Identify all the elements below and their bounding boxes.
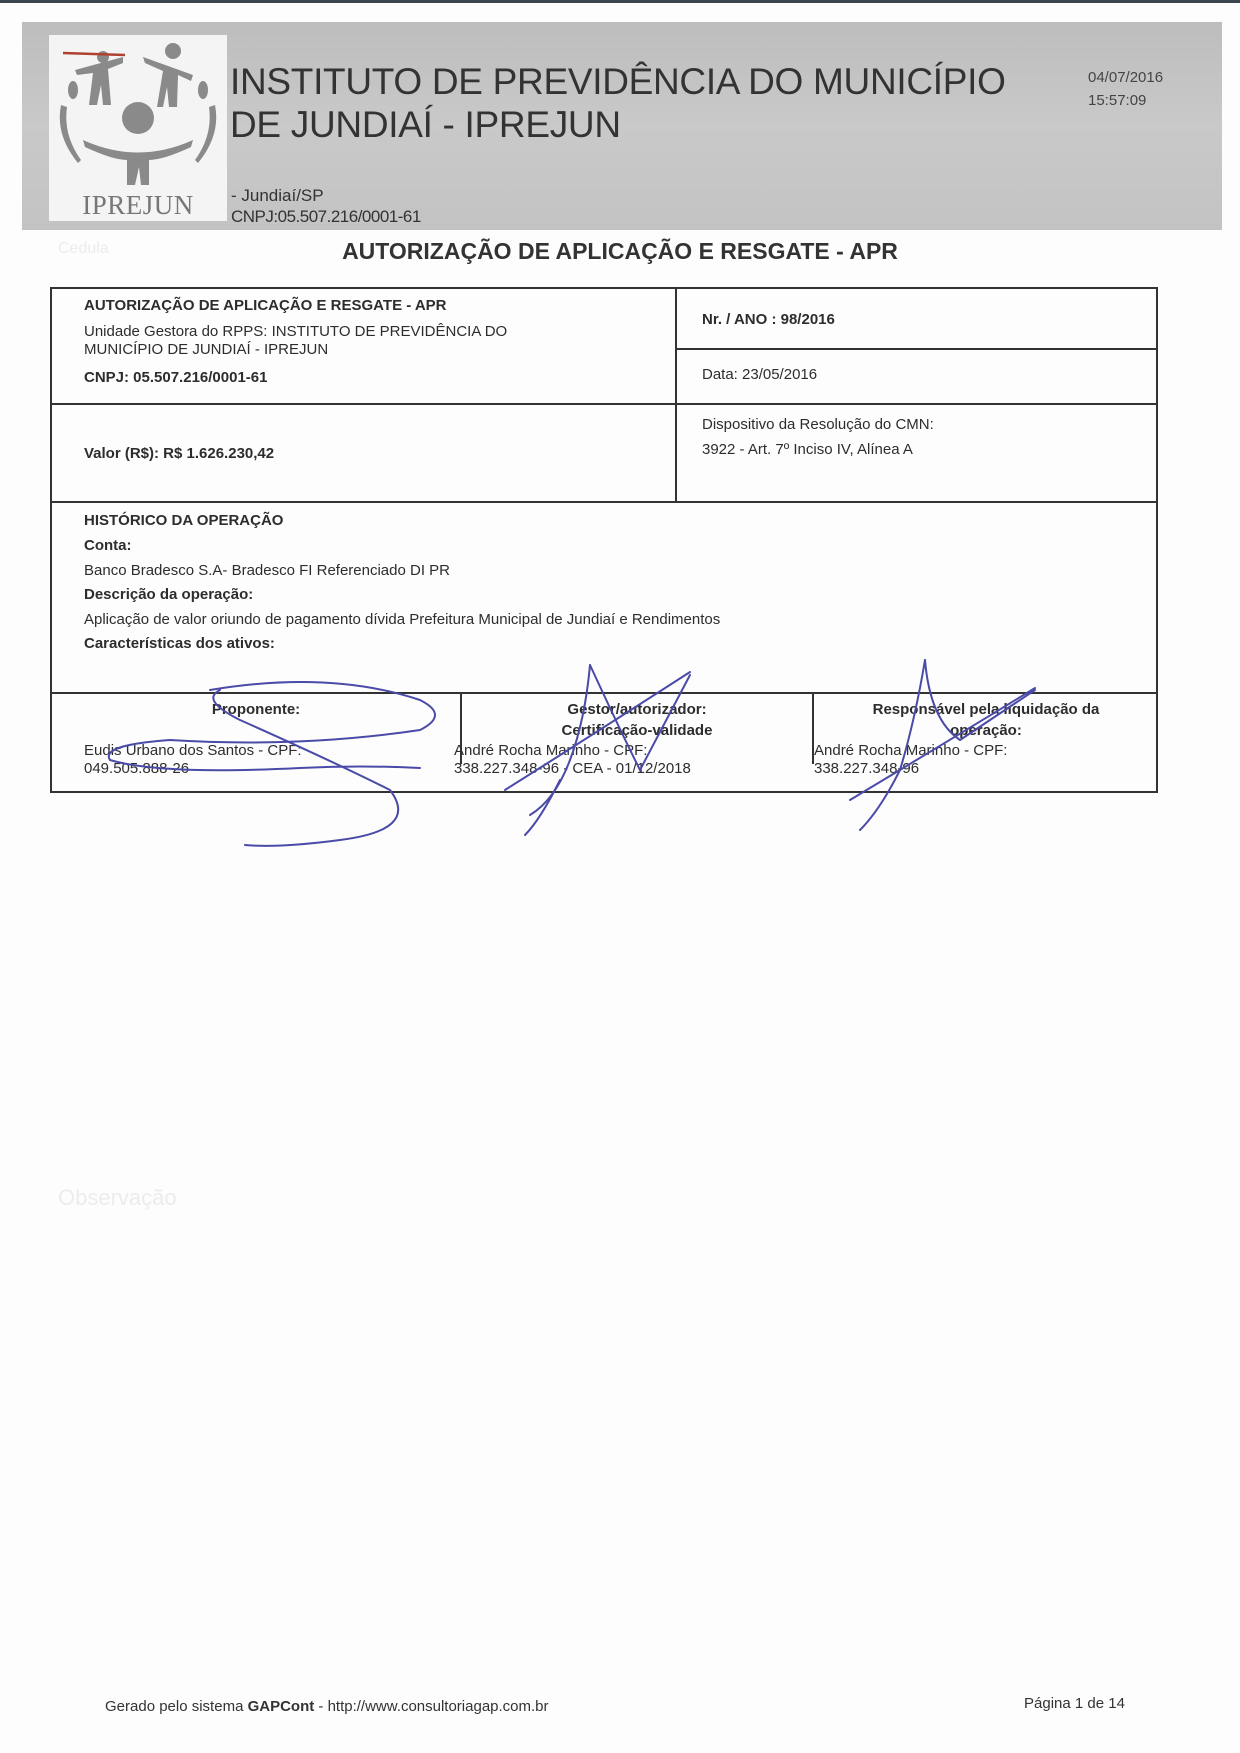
form-section-title: AUTORIZAÇÃO DE APLICAÇÃO E RESGATE - APR <box>84 297 447 314</box>
footer-url: - http://www.consultoriagap.com.br <box>314 1698 548 1715</box>
apr-form: AUTORIZAÇÃO DE APLICAÇÃO E RESGATE - APR… <box>50 287 1158 793</box>
descricao-label: Descrição da operação: <box>84 586 253 603</box>
signatory-cpf: 338.227.348-96 - CEA - 01/12/2018 <box>454 760 691 778</box>
signatory: André Rocha Marinho - CPF: 338.227.348-9… <box>814 742 1007 778</box>
signatory-name: André Rocha Marinho - CPF: <box>814 742 1007 760</box>
conta-value: Banco Bradesco S.A- Bradesco FI Referenc… <box>84 562 450 579</box>
institution-city: - Jundiaí/SP <box>231 186 324 206</box>
footer-prefix: Gerado pelo sistema <box>105 1698 248 1715</box>
footer-system-name: GAPCont <box>248 1698 315 1715</box>
footer-generated-by: Gerado pelo sistema GAPCont - http://www… <box>105 1698 549 1715</box>
signatory: André Rocha Marinho - CPF: 338.227.348-9… <box>454 742 691 778</box>
data-field: Data: 23/05/2016 <box>702 366 817 383</box>
signatory-cpf: 049.505.888-26 <box>84 760 302 778</box>
numero-ano: Nr. / ANO : 98/2016 <box>702 311 835 328</box>
institution-cnpj: CNPJ:05.507.216/0001-61 <box>231 207 421 227</box>
signatory: Eudis Urbano dos Santos - CPF: 049.505.8… <box>84 742 302 778</box>
institution-name: INSTITUTO DE PREVIDÊNCIA DO MUNICÍPIO DE… <box>230 60 1006 146</box>
conta-label: Conta: <box>84 537 132 554</box>
divider <box>675 289 677 503</box>
role-line1: Proponente: <box>52 699 460 720</box>
role-line2: Certificação-validade <box>462 720 812 741</box>
signature-role: Gestor/autorizador: Certificação-validad… <box>462 699 812 741</box>
dispositivo-label: Dispositivo da Resolução do CMN: <box>702 416 934 433</box>
unidade-gestora-line1: Unidade Gestora do RPPS: INSTITUTO DE PR… <box>84 323 507 340</box>
generated-timestamp: 04/07/2016 15:57:09 <box>1088 66 1163 112</box>
signature-role: Responsável pela liquidação da operação: <box>814 699 1158 741</box>
red-pen-mark <box>63 53 125 55</box>
dispositivo-value: 3922 - Art. 7º Inciso IV, Alínea A <box>702 441 913 458</box>
historico-title: HISTÓRICO DA OPERAÇÃO <box>84 512 283 529</box>
header-banner: IPREJUN INSTITUTO DE PREVIDÊNCIA DO MUNI… <box>22 22 1222 230</box>
people-circle-logo-icon <box>53 35 223 185</box>
generated-date: 04/07/2016 <box>1088 66 1163 89</box>
role-line2: operação: <box>814 720 1158 741</box>
page-number: Página 1 de 14 <box>1024 1695 1125 1712</box>
descricao-value: Aplicação de valor oriundo de pagamento … <box>84 611 720 628</box>
institution-name-line1: INSTITUTO DE PREVIDÊNCIA DO MUNICÍPIO <box>230 60 1006 103</box>
form-cnpj: CNPJ: 05.507.216/0001-61 <box>84 369 267 386</box>
divider <box>52 403 1158 405</box>
bleed-through-text: Observação <box>58 1185 177 1211</box>
unidade-gestora-line2: MUNICÍPIO DE JUNDIAÍ - IPREJUN <box>84 341 328 358</box>
institution-logo: IPREJUN <box>49 35 227 221</box>
divider <box>675 348 1158 350</box>
role-line1: Gestor/autorizador: <box>462 699 812 720</box>
document-title: AUTORIZAÇÃO DE APLICAÇÃO E RESGATE - APR <box>0 238 1240 265</box>
role-line1: Responsável pela liquidação da <box>814 699 1158 720</box>
divider <box>52 501 1158 503</box>
signatory-name: André Rocha Marinho - CPF: <box>454 742 691 760</box>
caracteristicas-label: Características dos ativos: <box>84 635 275 652</box>
scan-top-edge <box>0 0 1240 3</box>
signature-role: Proponente: <box>52 699 460 720</box>
generated-time: 15:57:09 <box>1088 89 1163 112</box>
logo-text: IPREJUN <box>49 190 227 221</box>
divider <box>52 692 1158 694</box>
signatory-name: Eudis Urbano dos Santos - CPF: <box>84 742 302 760</box>
valor-field: Valor (R$): R$ 1.626.230,42 <box>84 445 274 462</box>
institution-name-line2: DE JUNDIAÍ - IPREJUN <box>230 103 1006 146</box>
signatory-cpf: 338.227.348-96 <box>814 760 1007 778</box>
